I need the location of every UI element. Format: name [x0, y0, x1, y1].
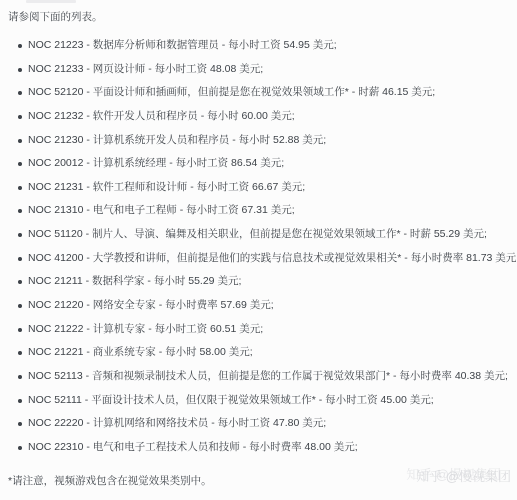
list-item: NOC 20012 - 计算机系统经理 - 每小时工资 86.54 美元; — [0, 152, 517, 176]
list-item-text: NOC 21232 - 软件开发人员和程序员 - 每小时 60.00 美元; — [28, 110, 295, 122]
list-item-text: NOC 21211 - 数据科学家 - 每小时 55.29 美元; — [28, 275, 241, 287]
list-item: NOC 21211 - 数据科学家 - 每小时 55.29 美元; — [0, 270, 517, 294]
bullet-icon — [18, 209, 22, 213]
bullet-icon — [18, 91, 22, 95]
list-item-text: NOC 52120 - 平面设计师和插画师，但前提是您在视觉效果领域工作* - … — [28, 86, 435, 98]
bullet-icon — [18, 280, 22, 284]
list-item: NOC 52120 - 平面设计师和插画师，但前提是您在视觉效果领域工作* - … — [0, 81, 517, 105]
list-item-text: NOC 22310 - 电气和电子工程技术人员和技师 - 每小时费率 48.00… — [28, 441, 358, 453]
list-item-text: NOC 51120 - 制片人、导演、编舞及相关职业，但前提是您在视觉效果领域工… — [28, 228, 487, 240]
bullet-icon — [18, 115, 22, 119]
list-item: NOC 41200 - 大学教授和讲师，但前提是他们的实践与信息技术或视觉效果相… — [0, 247, 517, 271]
bullet-icon — [18, 399, 22, 403]
list-item-text: NOC 21222 - 计算机专家 - 每小时工资 60.51 美元; — [28, 323, 263, 335]
list-item-text: NOC 20012 - 计算机系统经理 - 每小时工资 86.54 美元; — [28, 157, 284, 169]
bullet-icon — [18, 68, 22, 72]
bullet-icon — [18, 304, 22, 308]
cutoff-text-fragment — [26, 0, 76, 3]
bullet-icon — [18, 446, 22, 450]
list-item: NOC 21220 - 网络安全专家 - 每小时费率 57.69 美元; — [0, 294, 517, 318]
list-item-text: NOC 21223 - 数据库分析师和数据管理员 - 每小时工资 54.95 美… — [28, 39, 337, 51]
bullet-icon — [18, 422, 22, 426]
list-item: NOC 21230 - 计算机系统开发人员和程序员 - 每小时 52.88 美元… — [0, 129, 517, 153]
list-item: NOC 21222 - 计算机专家 - 每小时工资 60.51 美元; — [0, 318, 517, 342]
list-item-text: NOC 22220 - 计算机网络和网络技术员 - 每小时工资 47.80 美元… — [28, 417, 326, 429]
noc-wage-list: NOC 21223 - 数据库分析师和数据管理员 - 每小时工资 54.95 美… — [0, 34, 517, 460]
list-item: NOC 51120 - 制片人、导演、编舞及相关职业，但前提是您在视觉效果领域工… — [0, 223, 517, 247]
list-item-text: NOC 21230 - 计算机系统开发人员和程序员 - 每小时 52.88 美元… — [28, 134, 326, 146]
list-item: NOC 21221 - 商业系统专家 - 每小时 58.00 美元; — [0, 341, 517, 365]
list-item: NOC 52111 - 平面设计技术人员，但仅限于视觉效果领域工作* - 每小时… — [0, 389, 517, 413]
article-page: 请参阅下面的列表。 NOC 21223 - 数据库分析师和数据管理员 - 每小时… — [0, 0, 517, 500]
bullet-icon — [18, 328, 22, 332]
bullet-icon — [18, 139, 22, 143]
intro-text: 请参阅下面的列表。 — [8, 10, 103, 24]
list-item-text: NOC 21233 - 网页设计师 - 每小时工资 48.08 美元; — [28, 63, 263, 75]
list-item-text: NOC 21231 - 软件工程师和设计师 - 每小时工资 66.67 美元; — [28, 181, 305, 193]
list-item: NOC 52113 - 音频和视频录制技术人员，但前提是您的工作属于视觉效果部门… — [0, 365, 517, 389]
bullet-icon — [18, 257, 22, 261]
list-item-text: NOC 41200 - 大学教授和讲师，但前提是他们的实践与信息技术或视觉效果相… — [28, 252, 517, 264]
list-item: NOC 21223 - 数据库分析师和数据管理员 - 每小时工资 54.95 美… — [0, 34, 517, 58]
list-item-text: NOC 21310 - 电气和电子工程师 - 每小时工资 67.31 美元; — [28, 204, 295, 216]
list-item: NOC 21231 - 软件工程师和设计师 - 每小时工资 66.67 美元; — [0, 176, 517, 200]
list-item: NOC 21310 - 电气和电子工程师 - 每小时工资 67.31 美元; — [0, 199, 517, 223]
bullet-icon — [18, 44, 22, 48]
zhihu-watermark: 知乎 @慢视集团 知乎 @慢视集团 — [416, 467, 511, 487]
bullet-icon — [18, 186, 22, 190]
list-item-text: NOC 52113 - 音频和视频录制技术人员，但前提是您的工作属于视觉效果部门… — [28, 370, 508, 382]
bullet-icon — [18, 351, 22, 355]
footnote-text: *请注意，视频游戏包含在视觉效果类别中。 — [8, 474, 212, 488]
list-item: NOC 21232 - 软件开发人员和程序员 - 每小时 60.00 美元; — [0, 105, 517, 129]
list-item: NOC 22220 - 计算机网络和网络技术员 - 每小时工资 47.80 美元… — [0, 412, 517, 436]
bullet-icon — [18, 233, 22, 237]
list-item-text: NOC 52111 - 平面设计技术人员，但仅限于视觉效果领域工作* - 每小时… — [28, 394, 434, 406]
list-item: NOC 22310 - 电气和电子工程技术人员和技师 - 每小时费率 48.00… — [0, 436, 517, 460]
watermark-text: 知乎 @慢视集团 — [416, 467, 511, 487]
list-item-text: NOC 21221 - 商业系统专家 - 每小时 58.00 美元; — [28, 346, 253, 358]
list-item-text: NOC 21220 - 网络安全专家 - 每小时费率 57.69 美元; — [28, 299, 274, 311]
list-item: NOC 21233 - 网页设计师 - 每小时工资 48.08 美元; — [0, 58, 517, 82]
bullet-icon — [18, 162, 22, 166]
bullet-icon — [18, 375, 22, 379]
